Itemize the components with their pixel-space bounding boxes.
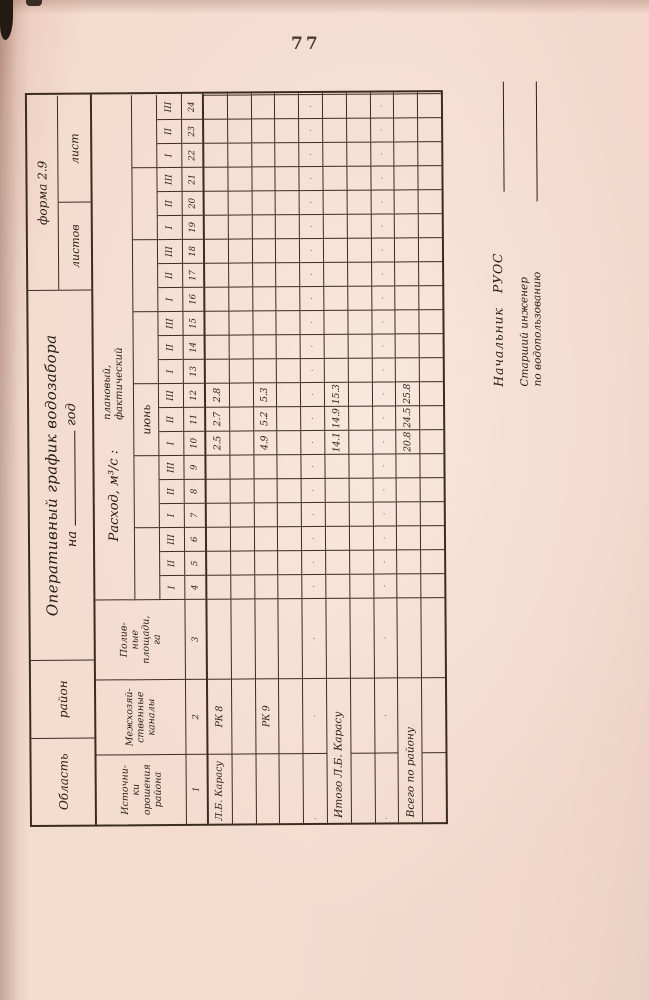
value-cell — [206, 335, 229, 359]
value-cell: · — [373, 429, 396, 453]
value-cell — [395, 189, 418, 213]
header-line: фактический — [113, 347, 126, 419]
value-cell — [325, 334, 348, 358]
value-cell — [421, 501, 444, 525]
source-cell — [232, 753, 255, 823]
decade-label: III — [159, 383, 183, 407]
header-line: Полив- — [118, 622, 129, 657]
value-cell — [252, 166, 275, 190]
column-number: 1 — [186, 754, 206, 824]
value-cell — [348, 214, 371, 238]
value-cell — [252, 214, 275, 238]
month-label — [133, 239, 158, 311]
value-cell — [255, 550, 278, 574]
list-cell: лист — [58, 96, 91, 202]
value-cell: · — [302, 454, 325, 478]
source-cell — [423, 752, 446, 822]
canal-cell — [232, 678, 255, 753]
source-cell — [280, 753, 303, 823]
value-cell — [348, 262, 371, 286]
value-cell — [396, 309, 419, 333]
header-line: Межхозяй- — [124, 688, 135, 746]
value-cell: · — [371, 189, 394, 213]
value-cell — [326, 550, 349, 574]
value-cell — [206, 455, 229, 479]
discharge-block: Расход, м³/с : плановый,фактический июнь… — [92, 95, 185, 600]
value-cell — [278, 478, 301, 502]
value-cell — [348, 310, 371, 334]
value-cell — [275, 94, 298, 118]
value-cell — [207, 551, 230, 575]
value-cell — [255, 574, 278, 598]
value-cell — [323, 94, 346, 118]
decade-label: II — [159, 335, 183, 359]
area-cell — [398, 597, 421, 677]
value-cell — [204, 167, 227, 191]
value-cell — [276, 214, 299, 238]
value-cell — [254, 478, 277, 502]
value-cell: 4.9 — [254, 430, 277, 454]
value-cell — [230, 358, 253, 382]
value-cell — [253, 286, 276, 310]
title-year-pre: на — [65, 531, 80, 547]
value-cell — [230, 406, 253, 430]
value-cell — [350, 526, 373, 550]
column-number: 11 — [184, 407, 204, 431]
value-cell: · — [302, 502, 325, 526]
header-line: ки — [130, 784, 141, 796]
canal-cell: · — [303, 678, 326, 753]
area-cell — [350, 598, 373, 678]
value-cell: · — [372, 309, 395, 333]
value-cell — [252, 142, 275, 166]
value-cell — [230, 454, 253, 478]
value-cell: · — [373, 477, 396, 501]
decade-label: II — [160, 551, 184, 575]
value-cell — [396, 333, 419, 357]
column-number: 20 — [183, 191, 203, 215]
value-cell — [323, 118, 346, 142]
raion-cell: район — [31, 660, 95, 738]
value-cell — [325, 454, 348, 478]
value-cell — [278, 502, 301, 526]
value-cell: · — [301, 358, 324, 382]
area-cell — [326, 598, 349, 678]
value-cell: 20.8 — [397, 429, 420, 453]
decade-label: I — [158, 287, 182, 311]
value-cell — [396, 357, 419, 381]
column-number: 22 — [182, 143, 202, 167]
value-cell: · — [300, 238, 323, 262]
value-cell — [253, 262, 276, 286]
column-number: 18 — [183, 239, 203, 263]
decade-label: II — [158, 263, 182, 287]
forma-cell: форма 2.9 листов лист — [27, 96, 91, 290]
column-number: 2 — [186, 679, 207, 754]
value-cell — [255, 526, 278, 550]
value-cell — [275, 118, 298, 142]
value-cell: · — [302, 550, 325, 574]
header-line: ные — [129, 630, 140, 650]
value-cell — [323, 166, 346, 190]
value-cell: · — [372, 381, 395, 405]
decade-label: I — [159, 431, 183, 455]
decade-label: II — [158, 191, 182, 215]
column-number: 3 — [185, 599, 206, 679]
value-cell: · — [372, 285, 395, 309]
page-top-shadow — [0, 0, 649, 14]
column-number: 10 — [184, 431, 204, 455]
value-cell — [349, 358, 372, 382]
value-cell — [350, 502, 373, 526]
discharge-label: Расход, м³/с : — [106, 450, 122, 542]
value-cell — [231, 574, 254, 598]
decade-label: III — [157, 167, 181, 191]
value-cell — [421, 525, 444, 549]
value-cell — [277, 334, 300, 358]
value-cell — [207, 575, 230, 599]
value-cell — [326, 526, 349, 550]
value-cell: · — [302, 526, 325, 550]
header-line: Источни- — [119, 765, 130, 815]
value-cell — [231, 526, 254, 550]
source-cell: · — [375, 752, 398, 822]
value-cell: · — [372, 261, 395, 285]
discharge-sublabel: плановый,фактический — [101, 347, 126, 419]
value-cell: · — [301, 382, 324, 406]
value-cell: · — [301, 430, 324, 454]
value-cell: 14.9 — [325, 406, 348, 430]
value-cell — [253, 310, 276, 334]
value-cell — [421, 477, 444, 501]
area-cell — [255, 598, 278, 678]
column-number: 14 — [184, 335, 204, 359]
scanned-page: 77 Область район Оперативный график водо… — [0, 0, 649, 1000]
value-cell: 25.8 — [396, 381, 419, 405]
value-cell: · — [299, 94, 322, 118]
column-number: 13 — [184, 359, 204, 383]
decade-label: I — [160, 503, 184, 527]
header-line: орошения — [141, 764, 152, 815]
value-cell — [254, 454, 277, 478]
senior-signature-line2: по водопользованию — [531, 272, 544, 387]
value-cell — [397, 549, 420, 573]
form-header-row: Область район Оперативный график водозаб… — [27, 95, 97, 825]
value-cell — [420, 309, 443, 333]
value-cell — [418, 141, 441, 165]
column-number: 6 — [185, 527, 205, 551]
value-cell — [228, 94, 251, 118]
value-cell: · — [301, 334, 324, 358]
value-cell — [230, 478, 253, 502]
value-cell: · — [300, 166, 323, 190]
value-cell — [229, 262, 252, 286]
month-label — [134, 455, 159, 527]
column-number: 19 — [183, 215, 203, 239]
value-cell — [325, 358, 348, 382]
value-cell: · — [370, 93, 393, 117]
value-cell: 2.5 — [206, 431, 229, 455]
row-total-label: Всего по району — [398, 677, 422, 822]
value-cell: 2.8 — [206, 383, 229, 407]
forma-sheets-row: листов лист — [58, 96, 91, 290]
value-cell — [207, 503, 230, 527]
value-cell — [276, 166, 299, 190]
value-cell — [324, 190, 347, 214]
value-cell — [418, 117, 441, 141]
value-cell — [326, 502, 349, 526]
value-cell — [278, 526, 301, 550]
value-cell — [324, 310, 347, 334]
value-cell — [418, 93, 441, 117]
value-cell: · — [302, 478, 325, 502]
value-cell — [394, 117, 417, 141]
column-number: 23 — [182, 119, 202, 143]
value-cell — [349, 454, 372, 478]
value-cell: 5.3 — [253, 382, 276, 406]
value-cell — [419, 261, 442, 285]
value-cell — [230, 430, 253, 454]
value-cell — [419, 165, 442, 189]
value-cell — [421, 549, 444, 573]
months-row: июнь — [132, 95, 161, 599]
value-cell — [347, 94, 370, 118]
month-label — [132, 95, 157, 167]
page-number: 77 — [291, 34, 321, 54]
header-line: площади, — [140, 616, 151, 664]
decade-label: I — [159, 359, 183, 383]
value-cell — [277, 286, 300, 310]
value-cell: · — [300, 214, 323, 238]
source-cell — [256, 753, 279, 823]
value-cell — [276, 262, 299, 286]
value-cell — [349, 478, 372, 502]
value-cell — [205, 215, 228, 239]
area-cell: · — [374, 597, 397, 677]
value-cell: · — [371, 213, 394, 237]
value-cell — [228, 190, 251, 214]
value-cell — [253, 358, 276, 382]
value-cell — [231, 502, 254, 526]
decade-label: I — [158, 215, 182, 239]
value-cell — [279, 574, 302, 598]
value-cell: · — [373, 405, 396, 429]
value-cell: · — [301, 406, 324, 430]
canal-cell: РК 9 — [256, 678, 279, 753]
value-cell: · — [371, 141, 394, 165]
value-cell: · — [371, 165, 394, 189]
month-label — [132, 167, 157, 239]
column-number: 16 — [183, 287, 203, 311]
value-cell — [396, 285, 419, 309]
value-cell — [277, 358, 300, 382]
col-header-canals: Межхозяй-ственныеканалы — [96, 679, 186, 755]
value-cell — [324, 286, 347, 310]
listov-cell: листов — [59, 202, 92, 290]
column-number: 24 — [182, 95, 202, 119]
value-cell: · — [301, 310, 324, 334]
value-cell — [207, 527, 230, 551]
senior-signature-line — [536, 81, 538, 201]
column-number: 12 — [184, 383, 204, 407]
decade-label: III — [158, 239, 182, 263]
source-cell: · — [304, 753, 327, 823]
value-cell — [277, 382, 300, 406]
value-cell — [278, 454, 301, 478]
value-cell — [395, 213, 418, 237]
value-cell — [324, 238, 347, 262]
value-cell — [229, 238, 252, 262]
header-line: ственные — [135, 692, 146, 743]
value-cell — [229, 214, 252, 238]
value-cell: · — [372, 357, 395, 381]
decade-label: III — [159, 455, 183, 479]
value-cell — [397, 453, 420, 477]
value-cell — [398, 573, 421, 597]
value-cell: · — [373, 501, 396, 525]
month-label — [135, 527, 160, 599]
value-cell — [230, 382, 253, 406]
chief-signature-line — [503, 82, 505, 192]
canal-cell — [351, 678, 374, 753]
form-title: Оперативный график водозабора — [42, 335, 62, 617]
value-cell — [397, 501, 420, 525]
value-cell — [276, 190, 299, 214]
value-cell — [205, 263, 228, 287]
chief-signature-label: Начальник РУОС — [490, 253, 506, 387]
source-cell — [351, 753, 374, 823]
area-cell — [231, 598, 254, 678]
value-cell — [231, 550, 254, 574]
value-cell — [228, 142, 251, 166]
value-cell: · — [371, 117, 394, 141]
value-cell — [348, 286, 371, 310]
value-cell — [205, 191, 228, 215]
table-row — [418, 92, 446, 822]
value-cell — [324, 262, 347, 286]
column-number: 15 — [183, 311, 203, 335]
senior-signature-label: Старший инженерпо водопользованию — [518, 272, 545, 387]
value-cell — [420, 357, 443, 381]
value-cell — [348, 238, 371, 262]
value-cell — [205, 287, 228, 311]
source-cell: Л.Б. Карасу — [208, 754, 231, 824]
decade-label: III — [160, 527, 184, 551]
oblast-cell: Область — [31, 738, 95, 825]
decade-label: III — [158, 311, 182, 335]
value-cell — [421, 573, 444, 597]
row-total-label: Итого Л.Б. Карасу — [327, 678, 351, 823]
value-cell — [229, 310, 252, 334]
value-cell — [277, 406, 300, 430]
value-cell: · — [372, 333, 395, 357]
value-cell — [347, 166, 370, 190]
value-cell — [347, 118, 370, 142]
value-cell: 24.5 — [396, 405, 419, 429]
decade-label: I — [160, 575, 184, 599]
header-line: каналы — [146, 699, 157, 736]
value-cell — [276, 142, 299, 166]
decade-label: III — [157, 95, 181, 119]
value-cell: · — [299, 142, 322, 166]
year-blank-line — [63, 431, 76, 526]
value-cell — [228, 166, 251, 190]
value-cell — [397, 525, 420, 549]
value-cell — [251, 94, 274, 118]
value-cell — [324, 214, 347, 238]
value-cell — [349, 406, 372, 430]
value-cell — [323, 142, 346, 166]
value-cell — [253, 334, 276, 358]
value-cell — [254, 502, 277, 526]
value-cell — [206, 359, 229, 383]
value-cell: · — [299, 118, 322, 142]
value-cell: 14.1 — [325, 430, 348, 454]
value-cell: · — [300, 286, 323, 310]
value-cell: · — [373, 525, 396, 549]
value-cell — [277, 310, 300, 334]
value-cell: 5.2 — [254, 406, 277, 430]
form-title-cell: Оперативный график водозабора нагод — [28, 290, 94, 660]
decade-label: II — [160, 479, 184, 503]
value-cell — [395, 237, 418, 261]
value-cell — [395, 165, 418, 189]
value-cell: · — [300, 262, 323, 286]
area-cell — [279, 598, 302, 678]
decade-label: II — [159, 407, 183, 431]
form-table: Область район Оперативный график водозаб… — [25, 90, 448, 827]
decade-label: I — [157, 143, 181, 167]
column-number: 5 — [185, 551, 205, 575]
value-cell — [204, 119, 227, 143]
column-number: 9 — [184, 455, 204, 479]
value-cell — [326, 574, 349, 598]
value-cell — [420, 429, 443, 453]
value-cell — [420, 333, 443, 357]
value-cell — [395, 261, 418, 285]
value-cell — [326, 478, 349, 502]
value-cell: · — [374, 573, 397, 597]
value-cell — [349, 430, 372, 454]
value-cell — [349, 382, 372, 406]
value-cell — [350, 550, 373, 574]
value-cell: · — [371, 237, 394, 261]
value-cell: 2.7 — [206, 407, 229, 431]
value-cell — [419, 237, 442, 261]
value-cell — [394, 93, 417, 117]
column-number: 8 — [185, 479, 205, 503]
value-cell — [252, 118, 275, 142]
value-cell — [419, 213, 442, 237]
value-cell: · — [373, 453, 396, 477]
decades-row: IIIIIIIIIIIIIIIIIIIIIIIIIIIIIIIIIIIIIIII… — [157, 95, 185, 599]
value-cell — [205, 311, 228, 335]
column-headers-band: Источни-киорошениярайона Межхозяй-ственн… — [92, 94, 187, 825]
column-number: 21 — [182, 167, 202, 191]
rotated-form: Область район Оперативный график водозаб… — [25, 78, 575, 827]
value-cell — [204, 143, 227, 167]
scan-edge-mark — [26, 0, 42, 6]
value-cell — [419, 189, 442, 213]
value-cell: 15.3 — [325, 382, 348, 406]
value-cell — [278, 550, 301, 574]
value-cell — [419, 285, 442, 309]
value-cell — [278, 430, 301, 454]
col-header-sources: Источни-киорошениярайона — [96, 754, 185, 825]
header-line: га — [151, 634, 162, 645]
column-number: 4 — [185, 575, 205, 599]
value-cell — [229, 334, 252, 358]
